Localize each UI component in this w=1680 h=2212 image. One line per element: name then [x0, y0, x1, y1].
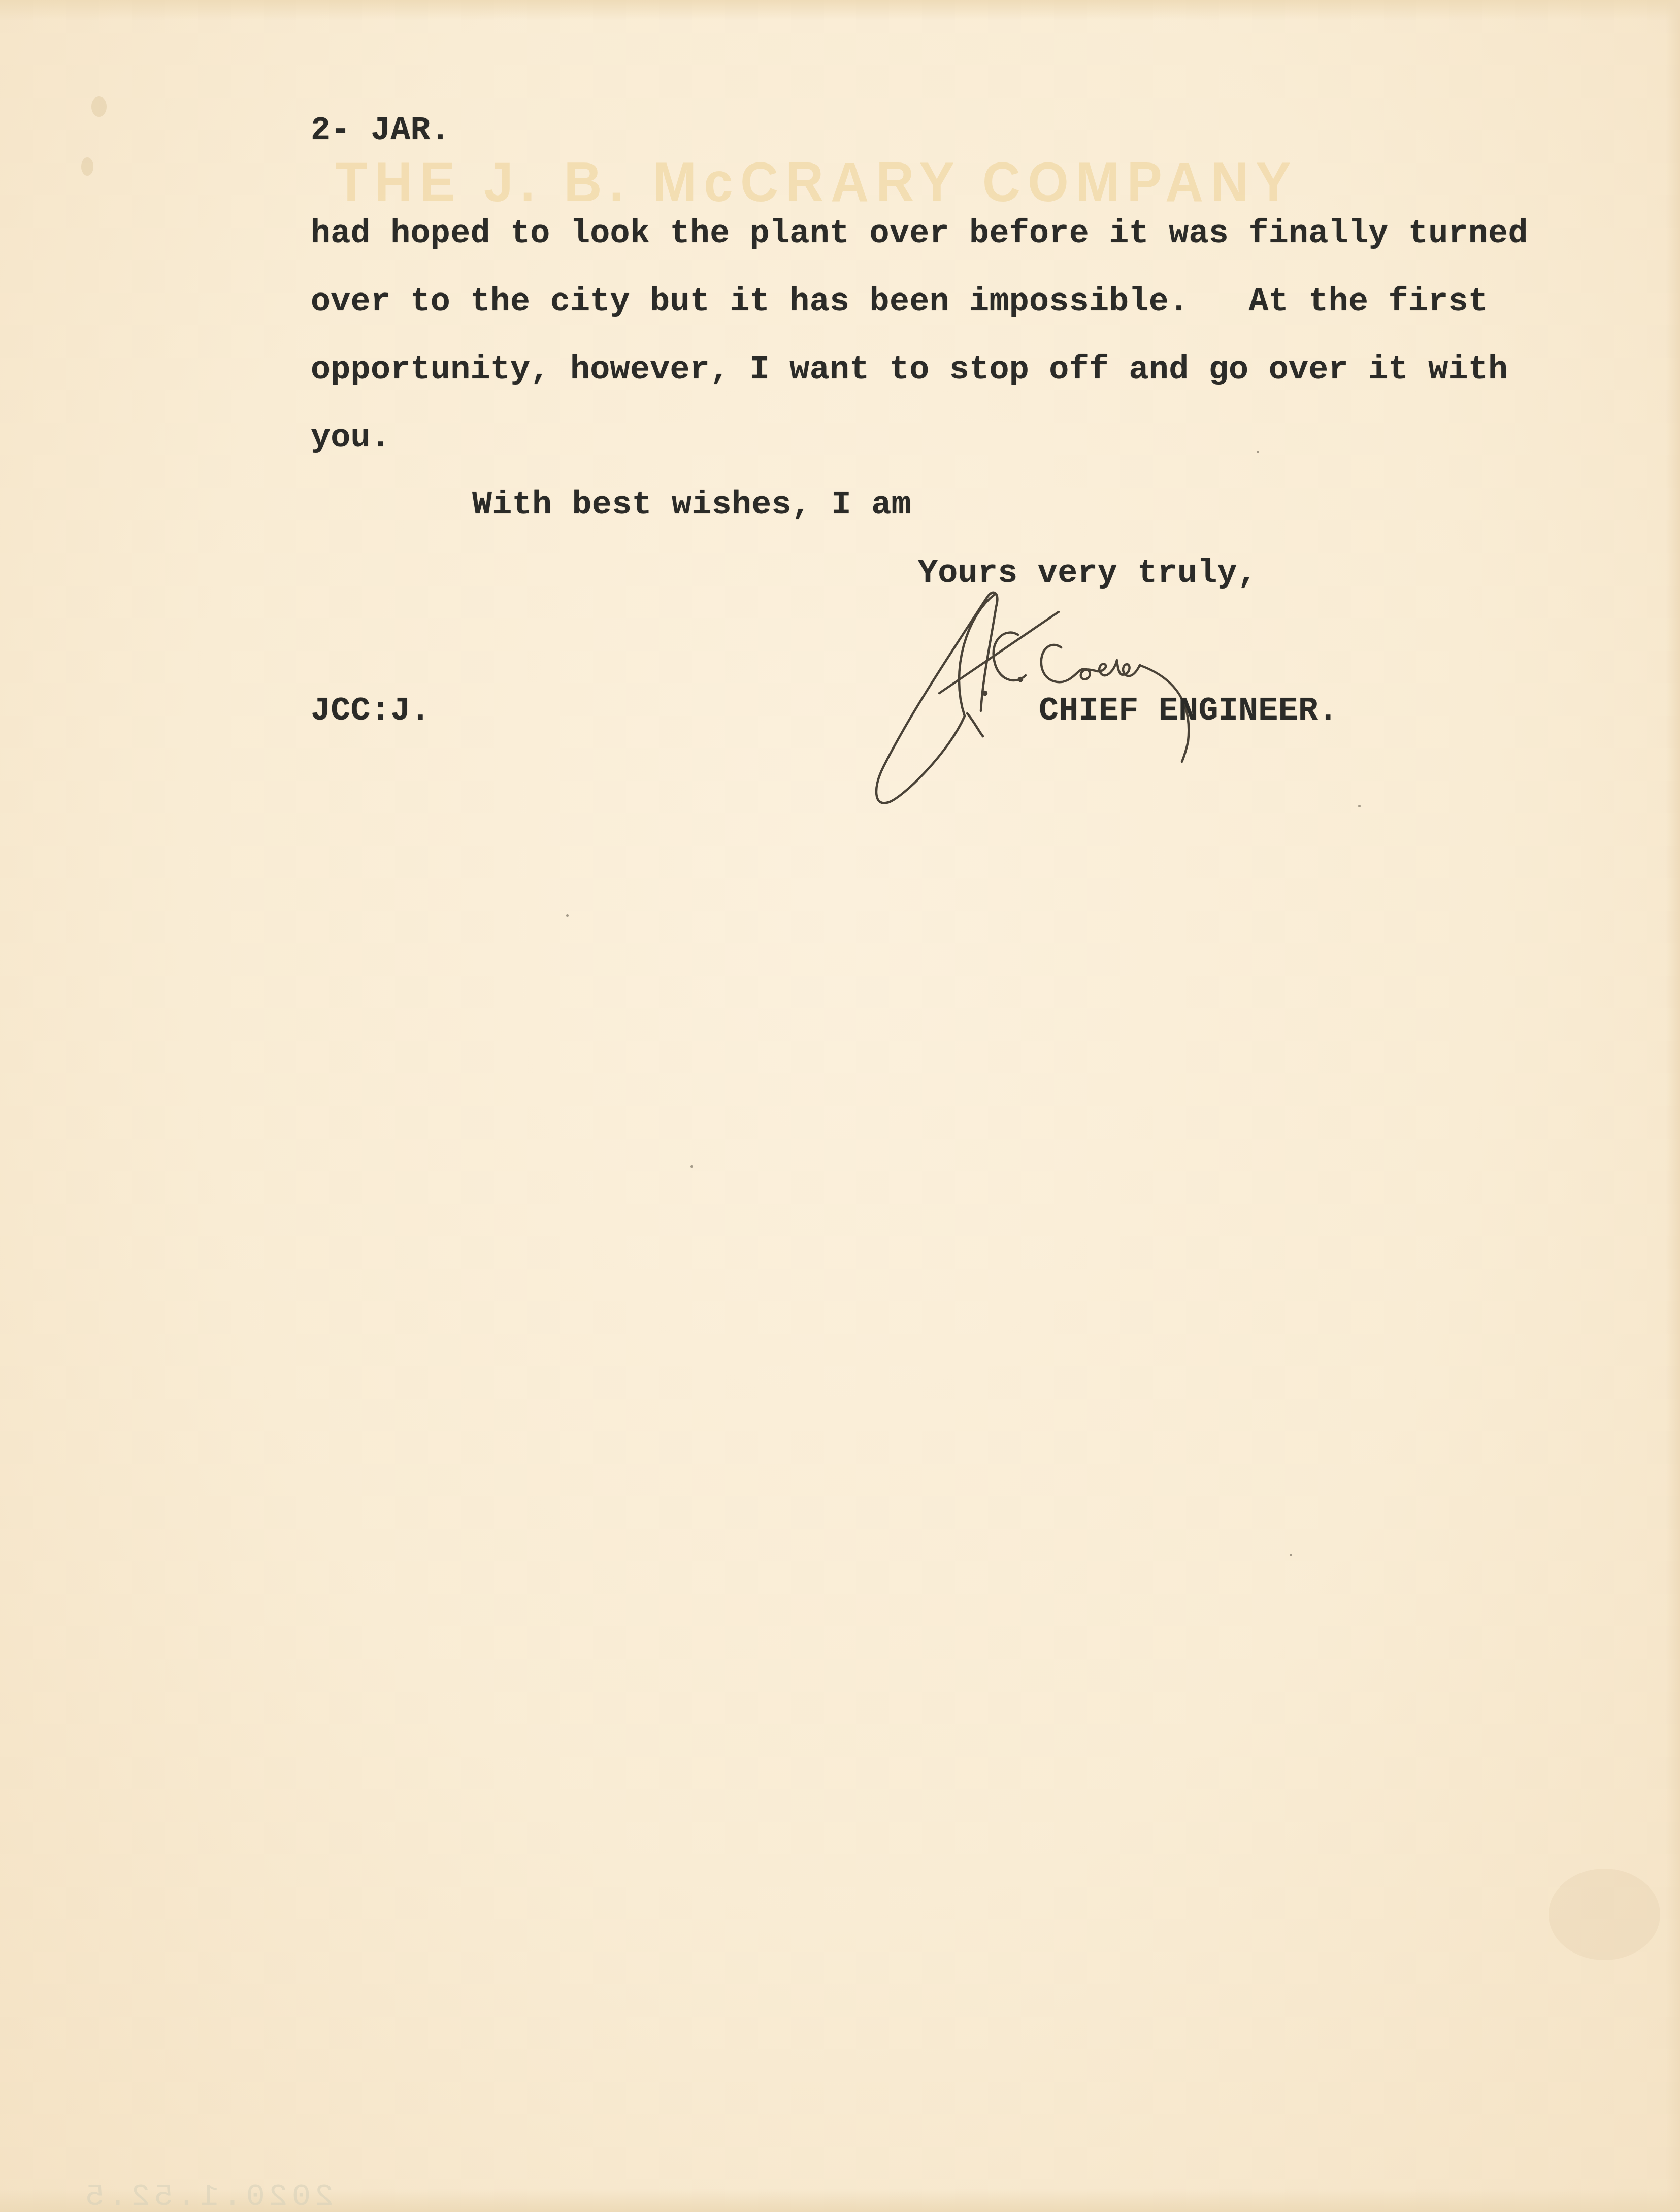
paper-stain	[81, 157, 93, 176]
paper-speck	[1257, 451, 1259, 453]
paper-speck	[1358, 805, 1361, 807]
paper-edge-right	[1666, 0, 1680, 2212]
letter-page: THE J. B. McCRARY COMPANY 2- JAR. had ho…	[0, 0, 1680, 2212]
closing-line: With best wishes, I am	[472, 489, 911, 522]
body-line-4: you.	[311, 421, 390, 454]
body-line-2: over to the city but it has been impossi…	[311, 285, 1488, 318]
paper-edge-top	[0, 0, 1680, 20]
body-line-1: had hoped to look the plant over before …	[311, 217, 1528, 250]
page-header: 2- JAR.	[311, 114, 450, 147]
signer-title: CHIEF ENGINEER.	[1039, 695, 1338, 728]
letterhead-watermark: THE J. B. McCRARY COMPANY	[335, 151, 1417, 214]
archive-bleed-through-number: 2020.1.52.5	[81, 2178, 334, 2212]
paper-speck	[566, 914, 569, 917]
paper-stain	[91, 96, 107, 117]
body-line-3: opportunity, however, I want to stop off…	[311, 353, 1508, 386]
paper-stain	[1549, 1869, 1660, 1960]
paper-speck	[1290, 1554, 1292, 1556]
paper-speck	[690, 1165, 693, 1168]
reference-initials: JCC:J.	[311, 695, 431, 728]
